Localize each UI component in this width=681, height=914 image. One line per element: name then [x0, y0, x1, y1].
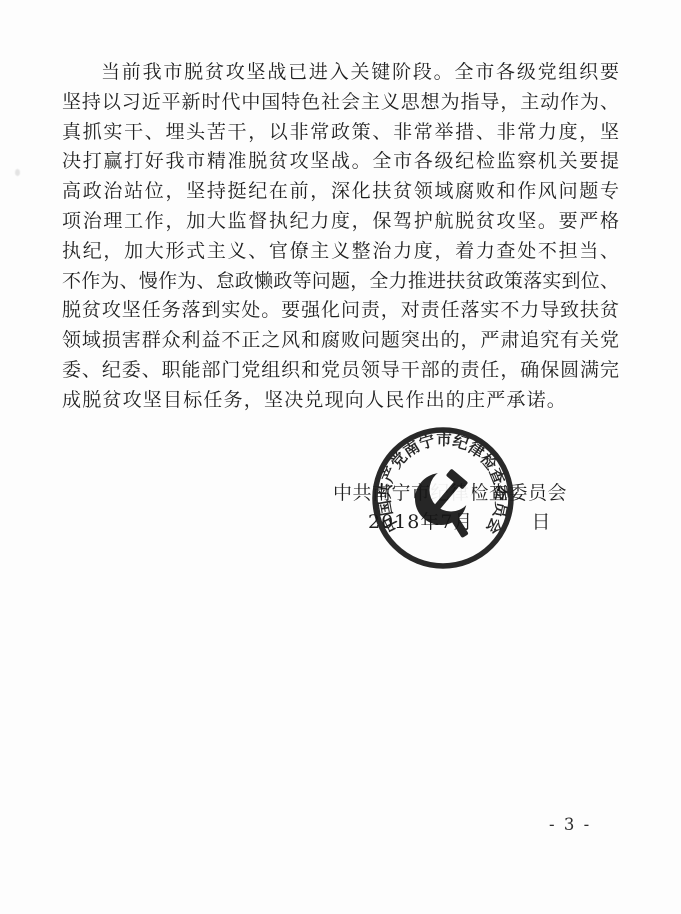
signature-date-day-label: 日: [531, 511, 551, 533]
body-line: 真抓实干、埋头苦干，以非常政策、非常举措、非常力度，坚: [62, 118, 619, 148]
body-line: 项治理工作，加大监督执纪力度，保驾护航脱贫攻坚。要严格: [62, 207, 619, 237]
body-line: 高政治站位，坚持挺纪在前，深化扶贫领域腐败和作风问题专: [62, 177, 619, 207]
body-line: 成脱贫攻坚目标任务，坚决兑现向人民作出的庄严承诺。: [62, 386, 619, 416]
body-line: 不作为、慢作为、怠政懒政等问题，全力推进扶贫政策落实到位、: [62, 267, 619, 297]
document-body: 当前我市脱贫攻坚战已进入关键阶段。全市各级党组织要 坚持以习近平新时代中国特色社…: [62, 58, 619, 416]
body-line: 领域损害群众利益不正之风和腐败问题突出的，严肃追究有关党: [62, 326, 619, 356]
body-line: 脱贫攻坚任务落到实处。要强化问责，对责任落实不力导致扶贫: [62, 296, 619, 326]
body-line: 委、纪委、职能部门党组织和党员领导干部的责任，确保圆满完: [62, 356, 619, 386]
signature-date-year-month: 2018年7月: [368, 511, 473, 533]
signature-organization: 中共南宁市纪律检查委员会: [333, 478, 567, 505]
page-number: - 3 -: [549, 815, 591, 834]
body-line: 执纪，加大形式主义、官僚主义整治力度，着力查处不担当、: [62, 237, 619, 267]
body-line: 坚持以习近平新时代中国特色社会主义思想为指导，主动作为、: [62, 88, 619, 118]
body-line: 决打赢打好我市精准脱贫攻坚战。全市各级纪检监察机关要提: [62, 147, 619, 177]
signature-date: 2018年7月日: [368, 507, 551, 534]
body-line: 当前我市脱贫攻坚战已进入关键阶段。全市各级党组织要: [62, 58, 619, 88]
document-page: 当前我市脱贫攻坚战已进入关键阶段。全市各级党组织要 坚持以习近平新时代中国特色社…: [0, 0, 681, 914]
scan-speck: [15, 169, 20, 176]
